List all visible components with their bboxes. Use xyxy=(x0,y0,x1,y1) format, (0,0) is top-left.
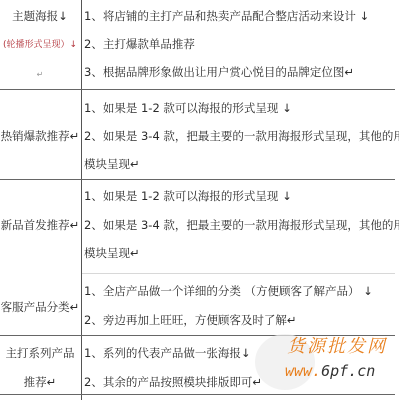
row-divider xyxy=(82,273,395,274)
row-label-new-arrivals: 新品首发推荐↵ xyxy=(0,218,80,232)
row-item: 2、其余的产品按照模块排版即可↵ xyxy=(84,375,262,389)
row-label-service-category: 客服产品分类↵ xyxy=(0,300,80,314)
row-item: 1、全店产品做一个详细的分类 （方便顾客了解产品） ↓ xyxy=(84,284,373,298)
watermark-url: www.6pf.cn xyxy=(285,362,375,380)
row-item: 1、将店铺的主打产品和热卖产品配合整店活动来设计 ↓ xyxy=(84,9,369,23)
row-item: 2、如果是 3-4 款，把最主要的一款用海报形式呈现，其他的用 xyxy=(84,129,399,143)
column-divider xyxy=(81,0,82,400)
row-item: 2、主打爆款单品推荐 xyxy=(84,37,195,51)
document-table: 主题海报↓ (轮播形式呈现）↓ ↵ 1、将店铺的主打产品和热卖产品配合整店活动来… xyxy=(0,0,399,400)
watermark-title: 货源批发网 xyxy=(287,332,387,358)
row-item: 3、根据品牌形象做出让用户赏心悦目的品牌定位图↵ xyxy=(84,65,354,79)
row-label-featured-series-cont: 推荐↵ xyxy=(0,375,80,389)
paragraph-mark: ↵ xyxy=(0,68,80,82)
row-divider xyxy=(0,394,395,395)
row-item: 1、如果是 1-2 款可以海报的形式呈现 ↓ xyxy=(84,189,292,203)
row-label-hot-sellers: 热销爆款推荐↵ xyxy=(0,129,80,143)
row-item: 1、系列的代表产品做一张海报↓ xyxy=(84,346,250,360)
row-item: 2、旁边再加上旺旺，方便顾客及时了解↵ xyxy=(84,313,296,327)
row-divider xyxy=(0,179,395,180)
row-item: 模块呈现↵ xyxy=(84,157,140,171)
row-label-theme-poster: 主题海报↓ xyxy=(0,9,80,23)
row-label-featured-series: 主打系列产品 xyxy=(0,346,80,360)
watermark: 货源批发网 www.6pf.cn xyxy=(255,330,395,392)
row-sublabel-carousel: (轮播形式呈现）↓ xyxy=(0,38,80,52)
row-divider xyxy=(0,89,395,90)
row-item: 模块呈现↵ xyxy=(84,246,140,260)
row-item: 1、如果是 1-2 款可以海报的形式呈现 ↓ xyxy=(84,101,292,115)
row-item: 2、如果是 3-4 款，把最主要的一款用海报形式呈现，其他的用 xyxy=(84,218,399,232)
